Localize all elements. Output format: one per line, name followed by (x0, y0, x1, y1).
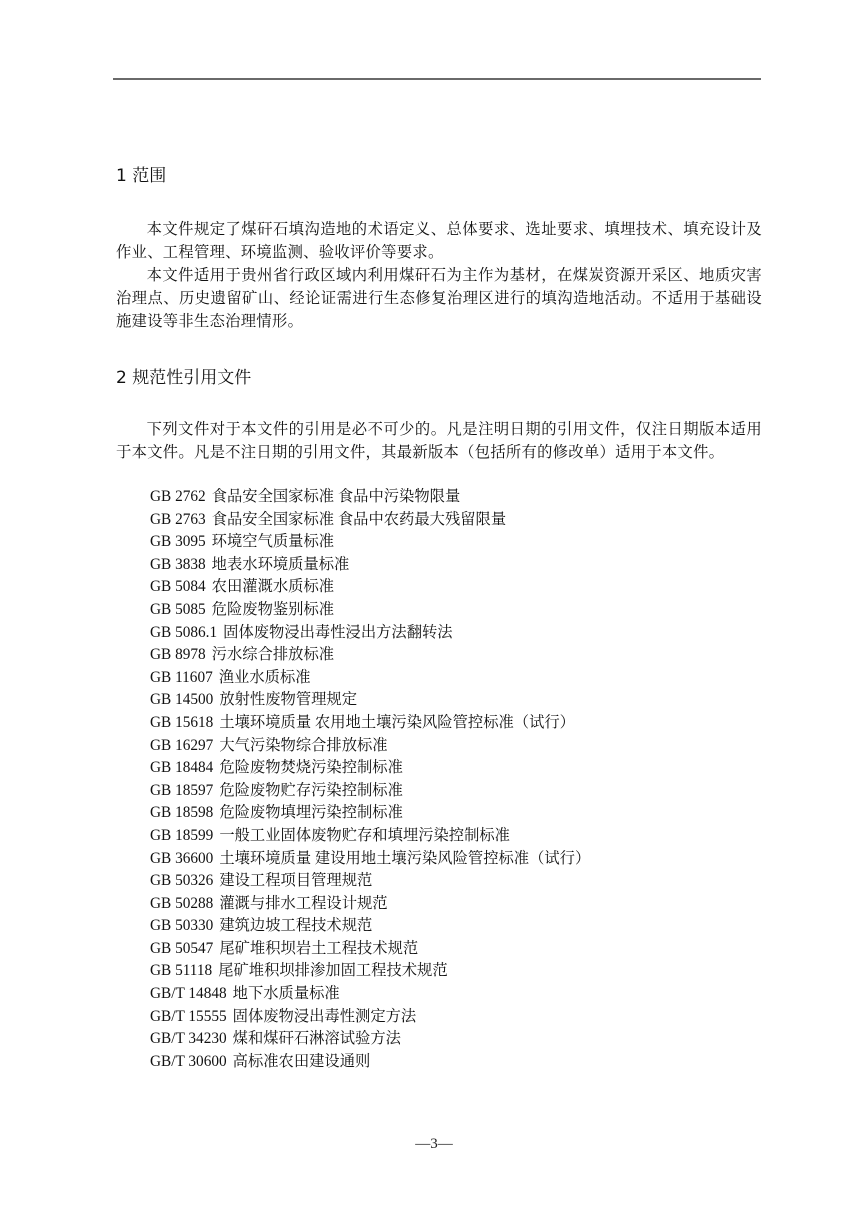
reference-item: GB/T 30600高标准农田建设通则 (150, 1051, 590, 1074)
reference-title: 土壤环境质量 农用地土壤污染风险管控标准（试行） (219, 714, 575, 731)
reference-title: 固体废物浸出毒性浸出方法翻转法 (223, 624, 452, 641)
reference-code: GB 36600 (150, 850, 213, 867)
reference-code: GB 8978 (150, 646, 206, 663)
normative-references-list: GB 2762食品安全国家标准 食品中污染物限量 GB 2763食品安全国家标准… (150, 486, 590, 1073)
reference-item: GB 50330建筑边坡工程技术规范 (150, 915, 590, 938)
reference-title: 尾矿堆积坝岩土工程技术规范 (219, 940, 418, 957)
reference-item: GB 18599一般工业固体废物贮存和填埋污染控制标准 (150, 825, 590, 848)
section-2-paragraph-1: 下列文件对于本文件的引用是必不可少的。凡是注明日期的引用文件，仅注日期版本适用于… (116, 418, 762, 464)
section-1-paragraph-2: 本文件适用于贵州省行政区域内利用煤矸石为主作为基材，在煤炭资源开采区、地质灾害治… (116, 264, 762, 333)
reference-code: GB 16297 (150, 737, 213, 754)
reference-code: GB/T 14848 (150, 985, 227, 1002)
reference-code: GB 5084 (150, 578, 206, 595)
reference-item: GB 8978污水综合排放标准 (150, 644, 590, 667)
reference-title: 危险废物填埋污染控制标准 (219, 804, 403, 821)
reference-item: GB/T 15555固体废物浸出毒性测定方法 (150, 1006, 590, 1029)
reference-title: 一般工业固体废物贮存和填埋污染控制标准 (219, 827, 510, 844)
reference-item: GB 16297大气污染物综合排放标准 (150, 735, 590, 758)
reference-title: 污水综合排放标准 (212, 646, 334, 663)
reference-code: GB 18599 (150, 827, 213, 844)
reference-code: GB 50288 (150, 895, 213, 912)
reference-code: GB 3095 (150, 533, 206, 550)
section-2-heading: 2 规范性引用文件 (116, 368, 251, 388)
reference-code: GB/T 15555 (150, 1008, 227, 1025)
reference-item: GB 5085危险废物鉴别标准 (150, 599, 590, 622)
reference-item: GB 2763食品安全国家标准 食品中农药最大残留限量 (150, 509, 590, 532)
reference-item: GB/T 14848地下水质量标准 (150, 983, 590, 1006)
reference-title: 尾矿堆积坝排渗加固工程技术规范 (218, 962, 447, 979)
reference-title: 地下水质量标准 (233, 985, 340, 1002)
reference-item: GB 18598危险废物填埋污染控制标准 (150, 802, 590, 825)
section-1-paragraph-1: 本文件规定了煤矸石填沟造地的术语定义、总体要求、选址要求、填埋技术、填充设计及作… (116, 218, 762, 264)
reference-code: GB 50326 (150, 872, 213, 889)
reference-title: 高标准农田建设通则 (233, 1053, 371, 1070)
reference-title: 地表水环境质量标准 (212, 556, 350, 573)
reference-item: GB 3095环境空气质量标准 (150, 531, 590, 554)
reference-title: 灌溉与排水工程设计规范 (219, 895, 387, 912)
reference-title: 大气污染物综合排放标准 (219, 737, 387, 754)
reference-code: GB 5085 (150, 601, 206, 618)
reference-item: GB 18597危险废物贮存污染控制标准 (150, 780, 590, 803)
reference-item: GB 11607渔业水质标准 (150, 667, 590, 690)
reference-title: 放射性废物管理规定 (219, 691, 357, 708)
reference-code: GB/T 34230 (150, 1030, 227, 1047)
reference-title: 环境空气质量标准 (212, 533, 334, 550)
reference-item: GB 3838地表水环境质量标准 (150, 554, 590, 577)
reference-item: GB 50326建设工程项目管理规范 (150, 870, 590, 893)
reference-title: 农田灌溉水质标准 (212, 578, 334, 595)
reference-code: GB 15618 (150, 714, 213, 731)
reference-code: GB 2763 (150, 511, 206, 528)
reference-title: 食品安全国家标准 食品中农药最大残留限量 (212, 511, 506, 528)
reference-item: GB 5084农田灌溉水质标准 (150, 576, 590, 599)
reference-code: GB 11607 (150, 669, 213, 686)
reference-title: 固体废物浸出毒性测定方法 (233, 1008, 417, 1025)
reference-title: 建设工程项目管理规范 (219, 872, 372, 889)
section-1-heading: 1 范围 (116, 166, 166, 186)
reference-code: GB 18598 (150, 804, 213, 821)
reference-code: GB 18597 (150, 782, 213, 799)
reference-code: GB 14500 (150, 691, 213, 708)
reference-item: GB 36600土壤环境质量 建设用地土壤污染风险管控标准（试行） (150, 848, 590, 871)
reference-title: 危险废物鉴别标准 (212, 601, 334, 618)
reference-item: GB 18484危险废物焚烧污染控制标准 (150, 757, 590, 780)
header-rule (113, 78, 761, 80)
reference-item: GB 50288灌溉与排水工程设计规范 (150, 893, 590, 916)
reference-code: GB 2762 (150, 488, 206, 505)
reference-item: GB 5086.1固体废物浸出毒性浸出方法翻转法 (150, 622, 590, 645)
reference-item: GB 14500放射性废物管理规定 (150, 689, 590, 712)
page-number: —3— (0, 1136, 868, 1153)
reference-item: GB 51118尾矿堆积坝排渗加固工程技术规范 (150, 960, 590, 983)
reference-code: GB 18484 (150, 759, 213, 776)
reference-item: GB 15618土壤环境质量 农用地土壤污染风险管控标准（试行） (150, 712, 590, 735)
reference-title: 煤和煤矸石淋溶试验方法 (233, 1030, 401, 1047)
reference-title: 建筑边坡工程技术规范 (219, 917, 372, 934)
reference-code: GB/T 30600 (150, 1053, 227, 1070)
reference-code: GB 50547 (150, 940, 213, 957)
reference-title: 食品安全国家标准 食品中污染物限量 (212, 488, 461, 505)
reference-item: GB/T 34230煤和煤矸石淋溶试验方法 (150, 1028, 590, 1051)
reference-title: 危险废物贮存污染控制标准 (219, 782, 403, 799)
reference-code: GB 51118 (150, 962, 212, 979)
reference-title: 土壤环境质量 建设用地土壤污染风险管控标准（试行） (219, 850, 590, 867)
reference-code: GB 50330 (150, 917, 213, 934)
reference-item: GB 50547尾矿堆积坝岩土工程技术规范 (150, 938, 590, 961)
reference-item: GB 2762食品安全国家标准 食品中污染物限量 (150, 486, 590, 509)
reference-title: 渔业水质标准 (219, 669, 311, 686)
reference-code: GB 5086.1 (150, 624, 217, 641)
reference-code: GB 3838 (150, 556, 206, 573)
reference-title: 危险废物焚烧污染控制标准 (219, 759, 403, 776)
